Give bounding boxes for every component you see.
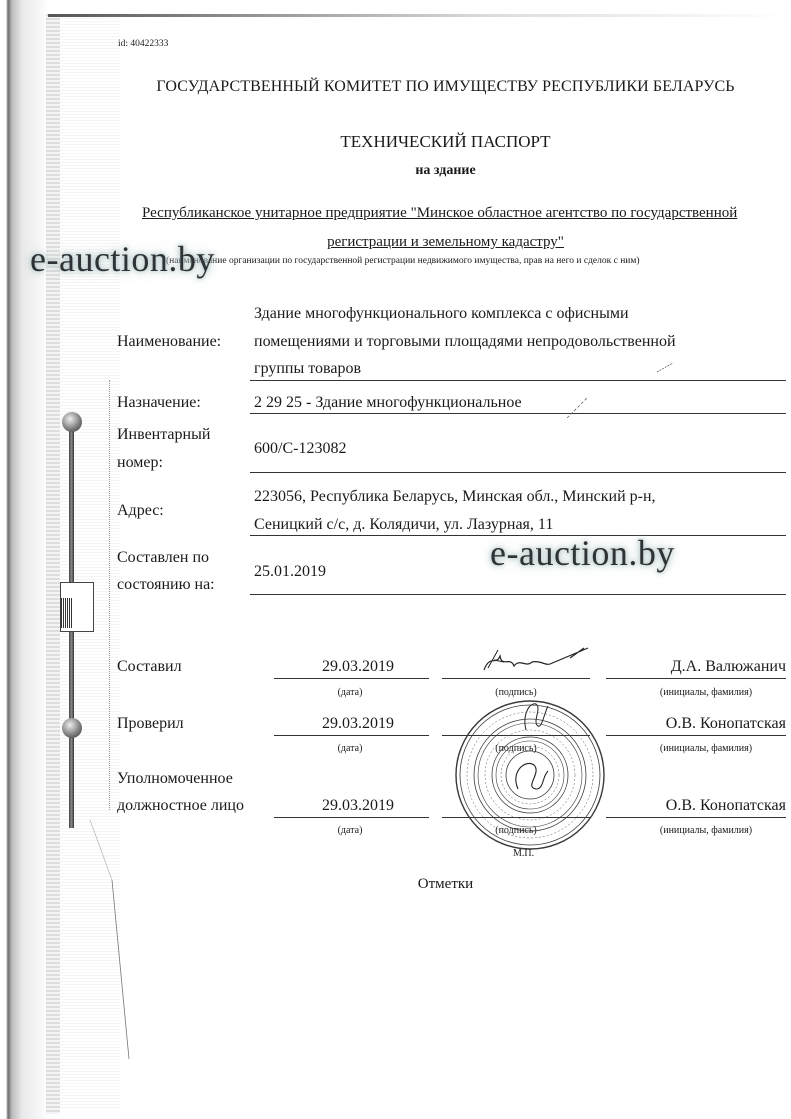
date-caption: (дата) [300,825,400,836]
authorized-date: 29.03.2019 [300,797,416,815]
name-caption: (инициалы, фамилия) [636,743,776,754]
fold-line [109,380,110,810]
address-label: Адрес: [117,502,164,520]
checked-name-rule [606,735,786,736]
binding-ball-top [62,412,82,432]
name-value-line-1: Здание многофункционального комплекса с … [254,305,629,323]
fold-diagonal [60,820,130,1060]
name-label: Наименование: [117,333,221,351]
compiled-name-rule [606,678,786,679]
name-value-line-2: помещениями и торговыми площадями непрод… [254,333,676,351]
watermark: e-auction.by [30,238,215,280]
organization-caption: (наименование организации по государстве… [166,256,640,266]
compiled-name: Д.А. Валюжанич [606,658,786,676]
authorized-name-rule [606,817,786,818]
inventory-label-line-2: номер: [117,454,163,472]
scan-edge-texture [46,14,60,1114]
name-caption: (инициалы, фамилия) [636,825,776,836]
document-id: id: 40422333 [118,39,168,49]
as-of-label-line-1: Составлен по [117,549,209,567]
checked-by-label: Проверил [117,715,184,733]
inventory-label-line-1: Инвентарный [117,426,210,444]
inventory-rule [250,472,786,473]
stamp-place-label: М.П. [513,848,534,859]
purpose-value: 2 29 25 - Здание многофункциональное [254,394,522,412]
compiled-date-rule [274,678,429,679]
authorized-name: О.В. Конопатская [606,797,786,815]
document-title: ТЕХНИЧЕСКИЙ ПАСПОРТ [0,132,791,152]
compiled-by-label: Составил [117,658,182,676]
binding-clip-hatch [61,598,73,628]
authorized-date-rule [274,817,429,818]
organization-line-1: Республиканское унитарное предприятие "М… [142,205,737,222]
pen-mark [565,396,589,420]
purpose-rule [250,413,786,414]
name-caption: (инициалы, фамилия) [636,687,776,698]
date-caption: (дата) [300,743,400,754]
purpose-label: Назначение: [117,394,201,412]
name-value-line-3: группы товаров [254,360,361,378]
as-of-value: 25.01.2019 [254,563,326,581]
document-subtitle: на здание [0,163,791,179]
official-stamp [452,697,608,853]
authorized-label-line-2: должностное лицо [117,797,244,815]
as-of-rule [250,594,786,595]
compiled-date: 29.03.2019 [300,658,416,676]
checked-date-rule [274,735,429,736]
checked-name: О.В. Конопатская [606,715,786,733]
address-line-1: 223056, Республика Беларусь, Минская обл… [254,488,656,506]
pen-mark [655,360,675,374]
name-rule [250,380,786,381]
as-of-label-line-2: состоянию на: [117,576,215,594]
checked-date: 29.03.2019 [300,715,416,733]
compiled-signature-rule [442,678,590,679]
notes-heading: Отметки [0,876,791,893]
authorized-label-line-1: Уполномоченное [117,770,233,788]
binding-ball-bottom [62,718,82,738]
binding-rod [69,420,74,585]
committee-heading: ГОСУДАРСТВЕННЫЙ КОМИТЕТ ПО ИМУЩЕСТВУ РЕС… [0,78,791,96]
watermark: e-auction.by [490,532,675,574]
date-caption: (дата) [300,687,400,698]
signature-scribble [480,644,590,678]
scan-top-edge [48,14,791,17]
inventory-value: 600/С-123082 [254,440,346,458]
